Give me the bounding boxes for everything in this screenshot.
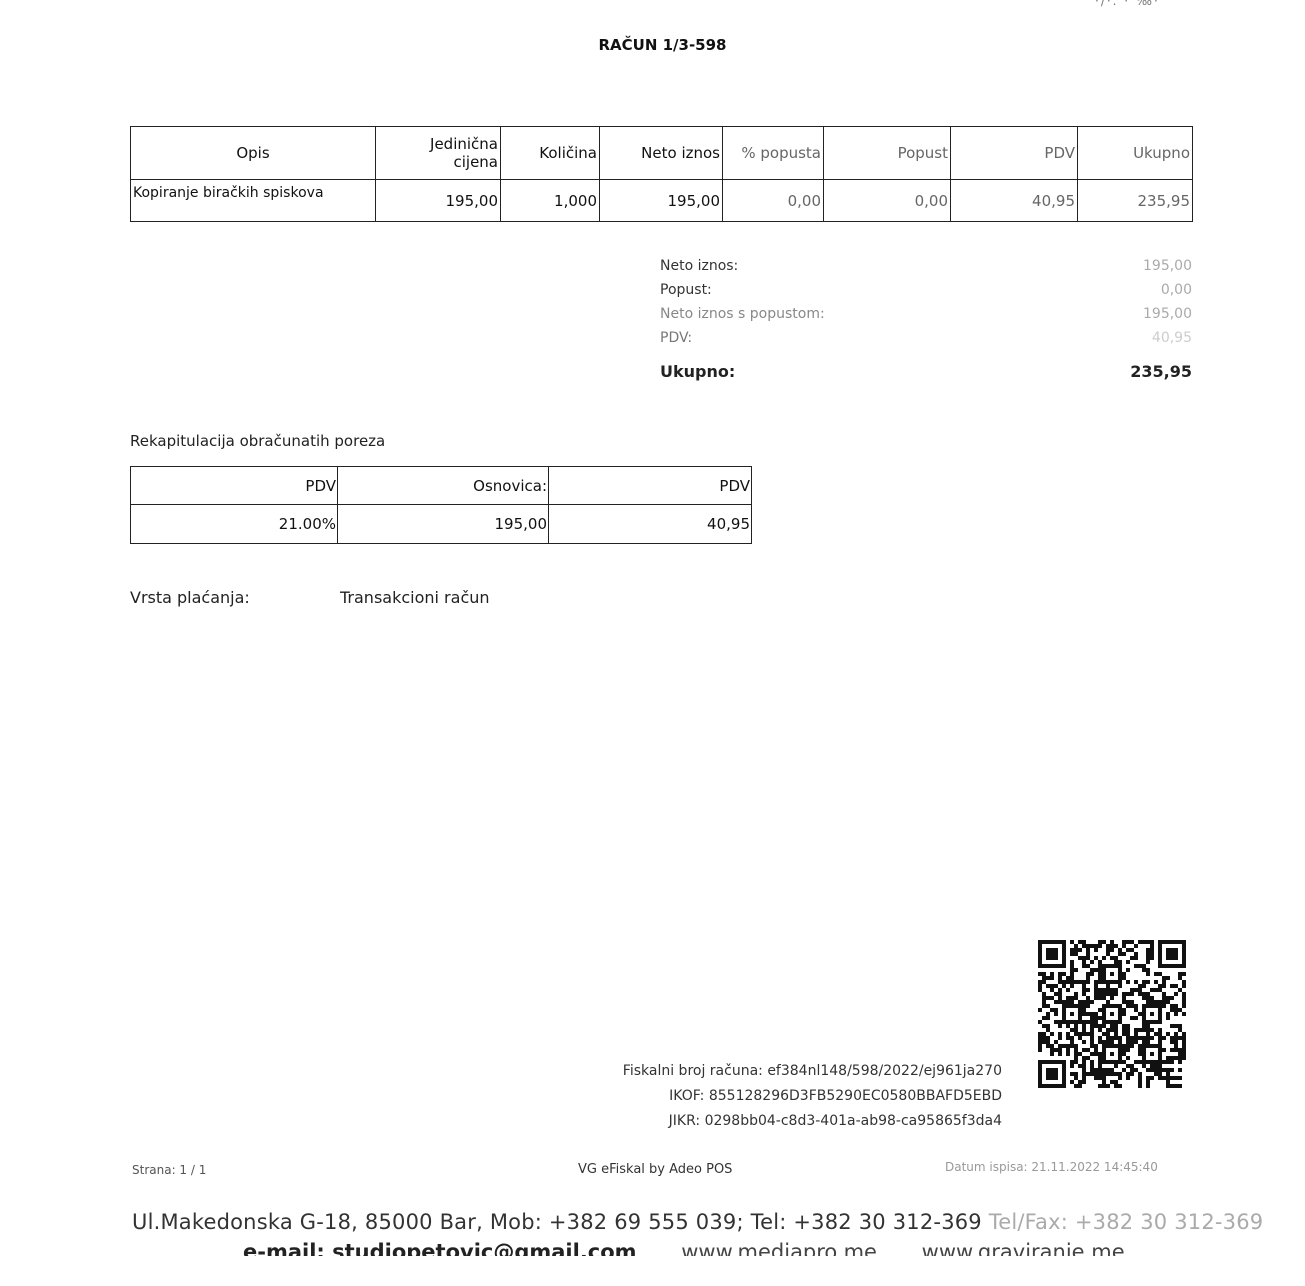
summary-label: Neto iznos s popustom:	[660, 304, 825, 328]
payment-method-value: Transakcioni račun	[340, 588, 490, 607]
letterhead-web-mediapro: www.mediapro.me	[681, 1240, 877, 1256]
tax-recap-title: Rekapitulacija obračunatih poreza	[130, 432, 385, 450]
tax-recap-table: PDV Osnovica: PDV 21.00% 195,00 40,95	[130, 466, 752, 544]
payment-method-label: Vrsta plaćanja:	[130, 588, 250, 607]
table-row: Kopiranje biračkih spiskova 195,00 1,000…	[131, 180, 1193, 222]
column-header-jedinicna-cijena: Jedinična cijena	[376, 127, 501, 180]
print-datetime: Datum ispisa: 21.11.2022 14:45:40	[945, 1160, 1158, 1174]
summary-row-neto-iznos: Neto iznos: 195,00	[660, 256, 1192, 280]
letterhead-contacts: e-mail: studiopetovic@gmail.com www.medi…	[243, 1240, 1125, 1256]
column-header-neto-iznos: Neto iznos	[600, 127, 723, 180]
summary-row-ukupno: Ukupno: 235,95	[660, 362, 1192, 386]
recap-header-pdv: PDV	[549, 467, 752, 505]
cell-popust: 0,00	[824, 180, 951, 222]
fiscal-ikof: IKOF: 855128296D3FB5290EC0580BBAFD5EBD	[560, 1084, 1002, 1109]
column-header-opis: Opis	[131, 127, 376, 180]
cell-neto-iznos: 195,00	[600, 180, 723, 222]
items-table-header: Opis Jedinična cijena Količina Neto izno…	[131, 127, 1193, 180]
totals-summary: Neto iznos: 195,00 Popust: 0,00 Neto izn…	[660, 256, 1192, 386]
summary-total-label: Ukupno:	[660, 362, 735, 386]
recap-cell-osnovica: 195,00	[338, 505, 549, 544]
summary-value: 195,00	[1143, 304, 1192, 328]
table-row: 21.00% 195,00 40,95	[131, 505, 752, 544]
column-header-jedinicna-cijena-text: Jedinična cijena	[418, 135, 498, 171]
letterhead-address: Ul.Makedonska G-18, 85000 Bar, Mob: +382…	[132, 1210, 1263, 1234]
page-number: Strana: 1 / 1	[132, 1163, 206, 1177]
summary-value: 40,95	[1152, 328, 1192, 352]
software-credit: VG eFiskal by Adeo POS	[578, 1162, 732, 1177]
summary-total-value: 235,95	[1130, 362, 1192, 386]
tax-recap-header: PDV Osnovica: PDV	[131, 467, 752, 505]
summary-row-neto-sa-popustom: Neto iznos s popustom: 195,00	[660, 304, 1192, 328]
recap-header-osnovica: Osnovica:	[338, 467, 549, 505]
summary-value: 0,00	[1161, 280, 1192, 304]
fiscal-invoice-number: Fiskalni broj računa: ef384nl148/598/202…	[560, 1059, 1002, 1084]
summary-label: Neto iznos:	[660, 256, 738, 280]
column-header-kolicina: Količina	[501, 127, 600, 180]
column-header-pdv: PDV	[951, 127, 1078, 180]
recap-cell-stopa: 21.00%	[131, 505, 338, 544]
cell-procenat-popusta: 0,00	[723, 180, 824, 222]
letterhead-address-phone: Ul.Makedonska G-18, 85000 Bar, Mob: +382…	[132, 1210, 982, 1234]
cell-opis: Kopiranje biračkih spiskova	[131, 180, 376, 222]
recap-header-stopa: PDV	[131, 467, 338, 505]
qr-code-icon	[1038, 937, 1186, 1091]
handwritten-corner-mark: ·/·. · ‰·	[1095, 0, 1160, 8]
summary-row-popust: Popust: 0,00	[660, 280, 1192, 304]
letterhead-web-graviranje: www.graviranje.me	[922, 1240, 1125, 1256]
invoice-title: RAČUN 1/3-598	[0, 36, 1305, 54]
cell-jedinicna-cijena: 195,00	[376, 180, 501, 222]
summary-value: 195,00	[1143, 256, 1192, 280]
letterhead-fax: Tel/Fax: +382 30 312-369	[989, 1210, 1264, 1234]
recap-cell-pdv: 40,95	[549, 505, 752, 544]
cell-kolicina: 1,000	[501, 180, 600, 222]
letterhead-email: e-mail: studiopetovic@gmail.com	[243, 1240, 637, 1256]
summary-row-pdv: PDV: 40,95	[660, 328, 1192, 352]
fiscal-info: Fiskalni broj računa: ef384nl148/598/202…	[560, 1059, 1002, 1134]
column-header-popust: Popust	[824, 127, 951, 180]
column-header-ukupno: Ukupno	[1078, 127, 1193, 180]
items-table: Opis Jedinična cijena Količina Neto izno…	[130, 126, 1193, 222]
summary-label: Popust:	[660, 280, 712, 304]
cell-pdv: 40,95	[951, 180, 1078, 222]
column-header-procenat-popusta: % popusta	[723, 127, 824, 180]
summary-label: PDV:	[660, 328, 692, 352]
fiscal-jikr: JIKR: 0298bb04-c8d3-401a-ab98-ca95865f3d…	[560, 1109, 1002, 1134]
cell-ukupno: 235,95	[1078, 180, 1193, 222]
